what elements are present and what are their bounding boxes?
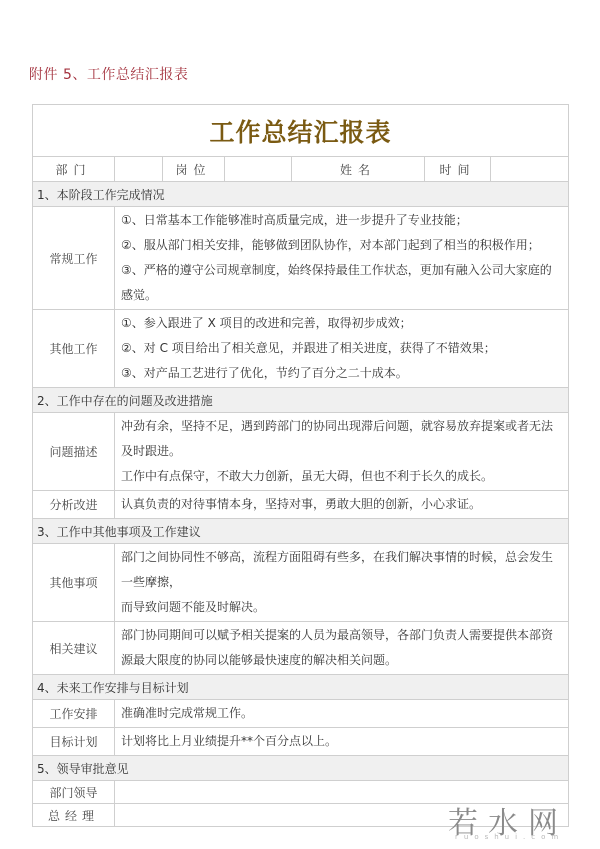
department-field[interactable]	[115, 157, 163, 182]
name-label: 姓名	[292, 157, 425, 182]
row-content: 认真负责的对待事情本身，坚持对事，勇敢大胆的创新，小心求证。	[115, 491, 569, 519]
info-row: 部门 岗位 姓名 时间	[33, 157, 569, 182]
position-label: 岗位	[163, 157, 225, 182]
report-title: 工作总结汇报表	[33, 105, 569, 157]
content-line: ①、参入跟进了 X 项目的改进和完善，取得初步成效；	[121, 311, 562, 336]
row-content: 准确准时完成常规工作。	[115, 700, 569, 728]
row-label: 部门领导	[33, 781, 115, 804]
content-line: ③、对产品工艺进行了优化，节约了百分之二十成本。	[121, 361, 562, 386]
table-row: 其他工作 ①、参入跟进了 X 项目的改进和完善，取得初步成效； ②、对 C 项目…	[33, 310, 569, 388]
content-line: 冲劲有余，坚持不足，遇到跨部门的协同出现滞后问题，就容易放弃提案或者无法及时跟进…	[121, 414, 562, 464]
table-row: 常规工作 ①、日常基本工作能够准时高质量完成，进一步提升了专业技能； ②、服从部…	[33, 207, 569, 310]
section-heading: 5、领导审批意见	[33, 756, 569, 781]
table-row: 分析改进 认真负责的对待事情本身，坚持对事，勇敢大胆的创新，小心求证。	[33, 491, 569, 519]
section-heading: 3、工作中其他事项及工作建议	[33, 519, 569, 544]
row-label: 常规工作	[33, 207, 115, 310]
content-line: 部门之间协同性不够高，流程方面阻碍有些多，在我们解决事情的时候，总会发生一些摩擦…	[121, 545, 562, 595]
row-label: 分析改进	[33, 491, 115, 519]
table-row: 相关建议 部门协同期间可以赋予相关提案的人员为最高领导，各部门负责人需要提供本部…	[33, 622, 569, 675]
content-line: 准确准时完成常规工作。	[121, 701, 562, 726]
department-label: 部门	[33, 157, 115, 182]
row-label: 其他事项	[33, 544, 115, 622]
row-content: ①、日常基本工作能够准时高质量完成，进一步提升了专业技能； ②、服从部门相关安排…	[115, 207, 569, 310]
content-line: ②、服从部门相关安排，能够做到团队协作，对本部门起到了相当的积极作用；	[121, 233, 562, 258]
row-label: 总经理	[33, 804, 115, 827]
content-line: 计划将比上月业绩提升**个百分点以上。	[121, 729, 562, 754]
time-label: 时间	[425, 157, 491, 182]
content-line: 而导致问题不能及时解决。	[121, 595, 562, 620]
content-line: 工作中有点保守，不敢大力创新，虽无大碍，但也不利于长久的成长。	[121, 464, 562, 489]
section-heading: 2、工作中存在的问题及改进措施	[33, 388, 569, 413]
table-row: 目标计划 计划将比上月业绩提升**个百分点以上。	[33, 728, 569, 756]
content-line: ②、对 C 项目给出了相关意见，并跟进了相关进度，获得了不错效果；	[121, 336, 562, 361]
table-row: 问题描述 冲劲有余，坚持不足，遇到跨部门的协同出现滞后问题，就容易放弃提案或者无…	[33, 413, 569, 491]
content-line: ③、严格的遵守公司规章制度，始终保持最佳工作状态，更加有融入公司大家庭的感觉。	[121, 258, 562, 308]
work-summary-report-table: 工作总结汇报表 部门 岗位 姓名 时间 1、本阶段工作完成情况 常规工作 ①、日…	[32, 104, 569, 827]
table-row: 工作安排 准确准时完成常规工作。	[33, 700, 569, 728]
row-content: 冲劲有余，坚持不足，遇到跨部门的协同出现滞后问题，就容易放弃提案或者无法及时跟进…	[115, 413, 569, 491]
row-label: 问题描述	[33, 413, 115, 491]
row-content: 部门协同期间可以赋予相关提案的人员为最高领导，各部门负责人需要提供本部资源最大限…	[115, 622, 569, 675]
content-line: 认真负责的对待事情本身，坚持对事，勇敢大胆的创新，小心求证。	[121, 492, 562, 517]
row-content: 计划将比上月业绩提升**个百分点以上。	[115, 728, 569, 756]
attachment-title: 附件 5、工作总结汇报表	[29, 64, 188, 84]
row-label: 相关建议	[33, 622, 115, 675]
content-line: 部门协同期间可以赋予相关提案的人员为最高领导，各部门负责人需要提供本部资源最大限…	[121, 623, 562, 673]
row-label: 目标计划	[33, 728, 115, 756]
section-heading: 1、本阶段工作完成情况	[33, 182, 569, 207]
section-heading: 4、未来工作安排与目标计划	[33, 675, 569, 700]
row-label: 工作安排	[33, 700, 115, 728]
row-content: 部门之间协同性不够高，流程方面阻碍有些多，在我们解决事情的时候，总会发生一些摩擦…	[115, 544, 569, 622]
content-line: ①、日常基本工作能够准时高质量完成，进一步提升了专业技能；	[121, 208, 562, 233]
position-field[interactable]	[225, 157, 292, 182]
table-row: 其他事项 部门之间协同性不够高，流程方面阻碍有些多，在我们解决事情的时候，总会发…	[33, 544, 569, 622]
time-field[interactable]	[491, 157, 569, 182]
row-label: 其他工作	[33, 310, 115, 388]
watermark-subtext: ruoshui.com	[455, 833, 564, 841]
row-content: ①、参入跟进了 X 项目的改进和完善，取得初步成效； ②、对 C 项目给出了相关…	[115, 310, 569, 388]
